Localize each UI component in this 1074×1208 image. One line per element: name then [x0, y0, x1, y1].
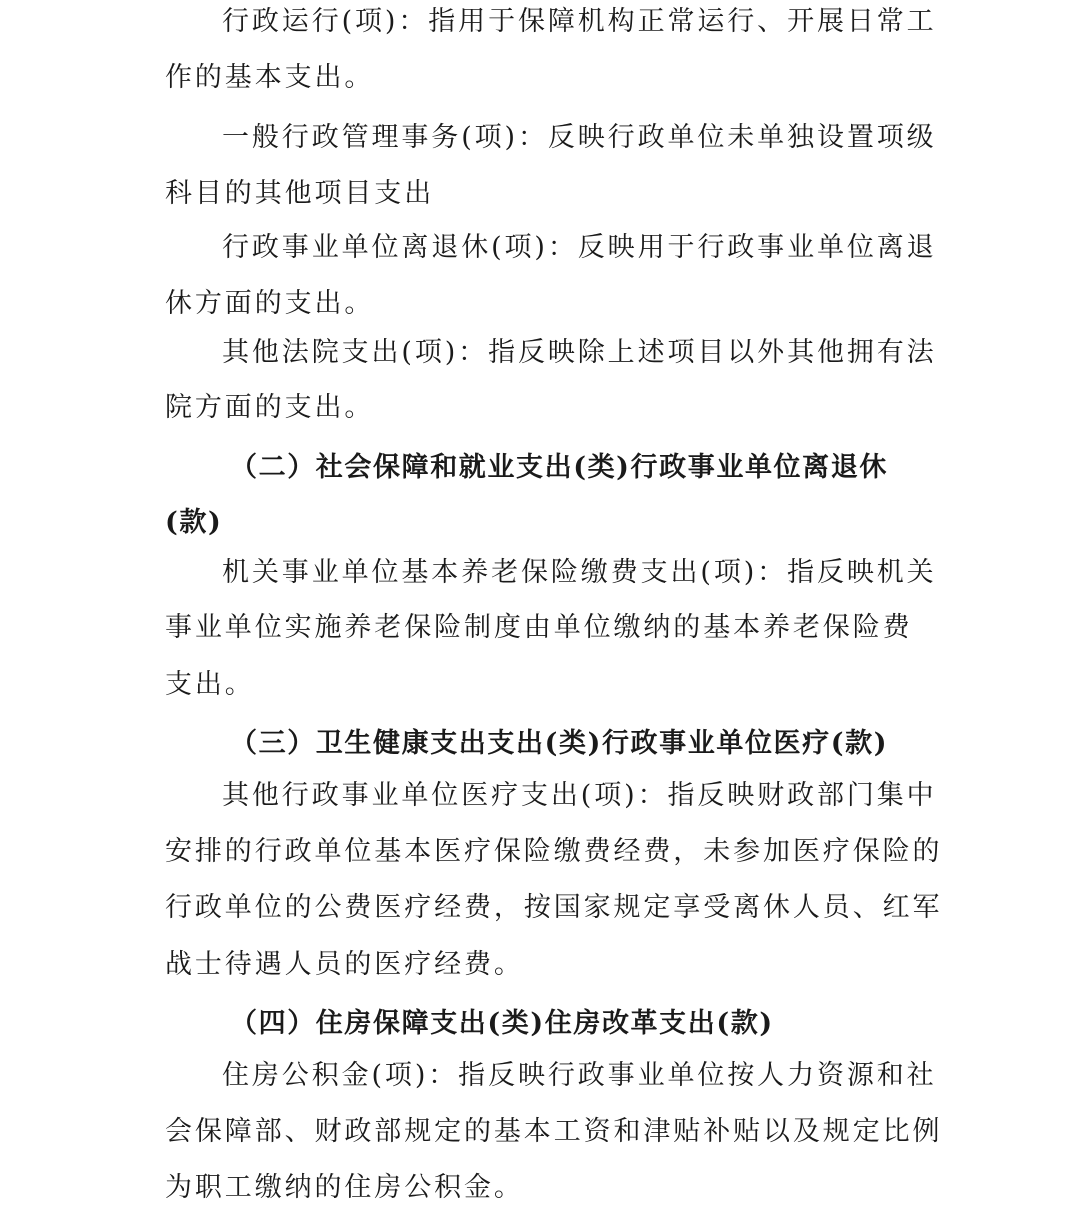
body-text-line: 行政单位的公费医疗经费，按国家规定享受离休人员、红军	[165, 888, 925, 928]
body-text-line: 住房公积金(项)：指反映行政事业单位按人力资源和社	[222, 1056, 982, 1096]
body-text-line: 事业单位实施养老保险制度由单位缴纳的基本养老保险费	[165, 608, 925, 648]
body-text-line: 作的基本支出。	[165, 58, 925, 98]
body-text-line: 行政事业单位离退休(项)：反映用于行政事业单位离退	[222, 228, 982, 268]
body-text-line: 科目的其他项目支出	[165, 174, 925, 214]
section-heading-line: （四）住房保障支出(类)住房改革支出(款)	[230, 1004, 990, 1044]
body-text-line: 休方面的支出。	[165, 284, 925, 324]
body-text-line: 其他法院支出(项)：指反映除上述项目以外其他拥有法	[222, 333, 982, 373]
section-heading-line: （二）社会保障和就业支出(类)行政事业单位离退休	[230, 448, 990, 488]
body-text-line: 机关事业单位基本养老保险缴费支出(项)：指反映机关	[222, 553, 982, 593]
body-text-line: 安排的行政单位基本医疗保险缴费经费，未参加医疗保险的	[165, 832, 925, 872]
body-text-line: 会保障部、财政部规定的基本工资和津贴补贴以及规定比例	[165, 1112, 925, 1152]
section-heading-line: (款)	[165, 503, 925, 543]
body-text-line: 为职工缴纳的住房公积金。	[165, 1168, 925, 1208]
body-text-line: 支出。	[165, 665, 925, 705]
section-heading-line: （三）卫生健康支出支出(类)行政事业单位医疗(款)	[230, 724, 990, 764]
body-text-line: 其他行政事业单位医疗支出(项)：指反映财政部门集中	[222, 776, 982, 816]
body-text-line: 院方面的支出。	[165, 388, 925, 428]
body-text-line: 一般行政管理事务(项)：反映行政单位未单独设置项级	[222, 118, 982, 158]
document-page: 行政运行(项)：指用于保障机构正常运行、开展日常工 作的基本支出。 一般行政管理…	[0, 0, 1074, 1208]
body-text-line: 行政运行(项)：指用于保障机构正常运行、开展日常工	[222, 2, 982, 42]
body-text-line: 战士待遇人员的医疗经费。	[165, 945, 925, 985]
